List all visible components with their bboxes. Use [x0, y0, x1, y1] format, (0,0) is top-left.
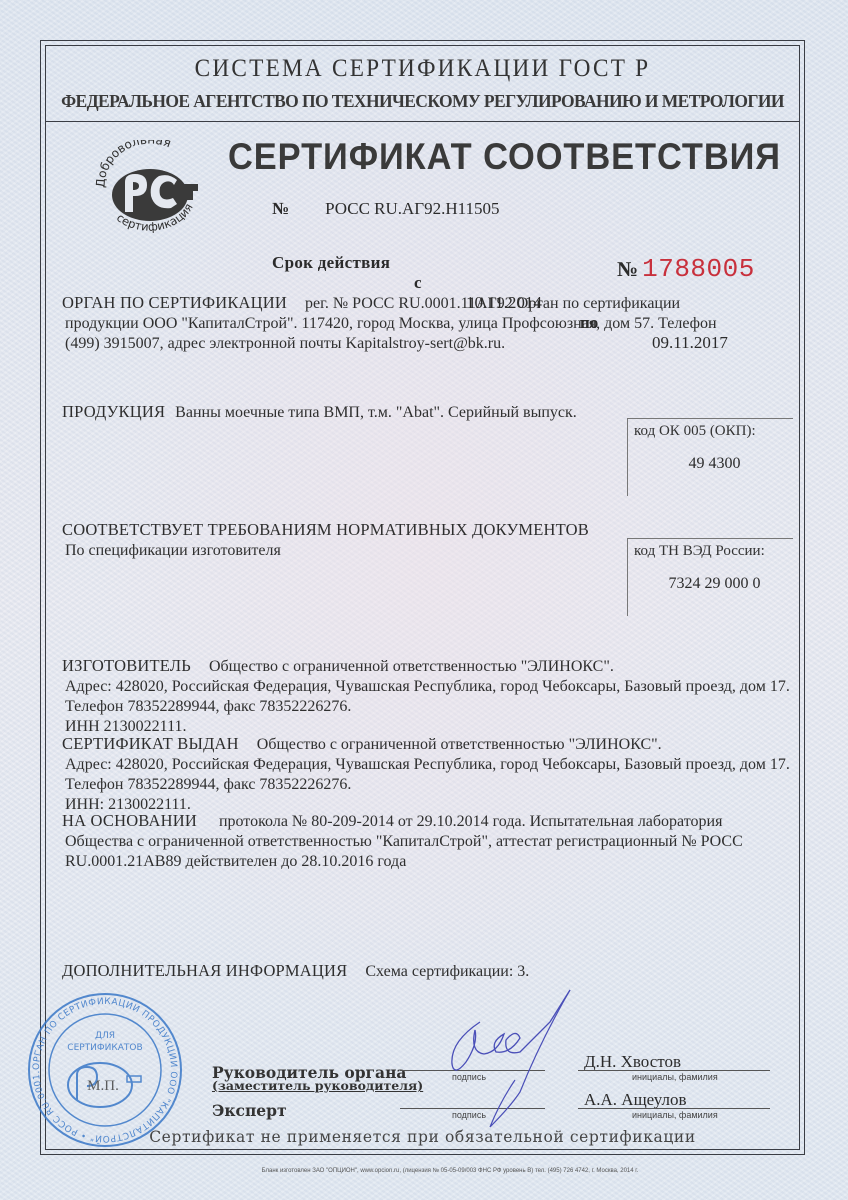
manufacturer-line: Телефон 78352289944, факс 78352226276. — [62, 697, 792, 717]
certificate-title: СЕРТИФИКАТ СООТВЕТСТВИЯ — [228, 136, 781, 178]
head-name-line — [578, 1070, 770, 1071]
organ-line: продукции ООО "КапиталСтрой". 117420, го… — [62, 314, 792, 334]
tnved-code-box: код ТН ВЭД России: 7324 29 000 0 — [627, 538, 793, 616]
okp-code-value: 49 4300 — [628, 455, 793, 473]
svg-text:М.П.: М.П. — [87, 1078, 119, 1094]
expert-label: Эксперт — [212, 1101, 287, 1120]
tnved-code-label: код ТН ВЭД России: — [634, 543, 765, 560]
issued-to-heading: СЕРТИФИКАТ ВЫДАН — [62, 734, 239, 753]
okp-code-box: код ОК 005 (ОКП): 49 4300 — [627, 418, 793, 496]
basis-line: протокола № 80-209-2014 от 29.10.2014 го… — [219, 813, 722, 830]
basis-heading: НА ОСНОВАНИИ — [62, 811, 197, 830]
voluntary-notice: Сертификат не применяется при обязательн… — [45, 1128, 800, 1146]
additional-heading: ДОПОЛНИТЕЛЬНАЯ ИНФОРМАЦИЯ — [62, 961, 347, 980]
section-manufacturer: ИЗГОТОВИТЕЛЬ Общество с ограниченной отв… — [62, 656, 792, 737]
expert-name: А.А. Ащеулов — [584, 1090, 687, 1110]
system-title: СИСТЕМА СЕРТИФИКАЦИИ ГОСТ Р — [71, 55, 773, 83]
svg-text:ДЛЯ: ДЛЯ — [95, 1031, 115, 1041]
header-divider — [45, 121, 800, 122]
manufacturer-line: Адрес: 428020, Российская Федерация, Чув… — [62, 677, 792, 697]
number-value: РОСС RU.АГ92.Н11505 — [325, 199, 499, 218]
manufacturer-heading: ИЗГОТОВИТЕЛЬ — [62, 656, 191, 675]
blank-printer-footer: Бланк изготовлен ЗАО "ОПЦИОН", www.opcio… — [150, 1168, 750, 1174]
head-name: Д.Н. Хвостов — [584, 1052, 681, 1072]
section-issued-to: СЕРТИФИКАТ ВЫДАН Общество с ограниченной… — [62, 734, 792, 815]
conformity-heading: СООТВЕТСТВУЕТ ТРЕБОВАНИЯМ НОРМАТИВНЫХ ДО… — [62, 520, 589, 539]
number-label: № — [272, 199, 289, 218]
official-stamp-icon: ОРГАН ПО СЕРТИФИКАЦИИ ПРОДУКЦИИ ООО "КАП… — [25, 990, 185, 1150]
section-additional: ДОПОЛНИТЕЛЬНАЯ ИНФОРМАЦИЯ Схема сертифик… — [62, 961, 792, 982]
product-text: Ванны моечные типа ВМП, т.м. "Abat". Сер… — [175, 404, 577, 421]
svg-text:СЕРТИФИКАТОВ: СЕРТИФИКАТОВ — [67, 1043, 142, 1053]
additional-text: Схема сертификации: 3. — [365, 963, 529, 980]
rst-certification-mark-icon: Добровольная сертификация — [95, 140, 205, 240]
organ-line: (499) 3915007, адрес электронной почты K… — [62, 334, 792, 354]
head-name-caption: инициалы, фамилия — [632, 1072, 718, 1082]
handwritten-signature-icon — [420, 982, 580, 1132]
from-label: с — [414, 273, 422, 293]
basis-line: RU.0001.21АВ89 действителен до 28.10.201… — [62, 852, 792, 872]
certificate-number: №РОСС RU.АГ92.Н11505 — [272, 199, 500, 219]
validity-label: Срок действия — [272, 253, 390, 273]
manufacturer-line: Общество с ограниченной ответственностью… — [209, 658, 614, 675]
issued-to-line: Телефон 78352289944, факс 78352226276. — [62, 775, 792, 795]
serial-value: 1788005 — [642, 254, 755, 284]
issued-to-line: Общество с ограниченной ответственностью… — [257, 736, 662, 753]
issued-to-line: Адрес: 428020, Российская Федерация, Чув… — [62, 755, 792, 775]
organ-heading: ОРГАН ПО СЕРТИФИКАЦИИ — [62, 293, 287, 312]
expert-name-line — [578, 1108, 770, 1109]
tnved-code-value: 7324 29 000 0 — [628, 575, 793, 593]
basis-line: Общества с ограниченной ответственностью… — [62, 832, 792, 852]
agency-title: ФЕДЕРАЛЬНОЕ АГЕНТСТВО ПО ТЕХНИЧЕСКОМУ РЕ… — [45, 91, 800, 112]
product-heading: ПРОДУКЦИЯ — [62, 402, 165, 421]
section-organ: ОРГАН ПО СЕРТИФИКАЦИИ рег. № РОСС RU.000… — [62, 293, 792, 354]
blank-serial-number: №1788005 — [617, 254, 755, 284]
organ-line: рег. № РОСС RU.0001.11АГ92 Орган по серт… — [305, 295, 680, 312]
expert-name-caption: инициалы, фамилия — [632, 1110, 718, 1120]
head-sub-label: (заместитель руководителя) — [212, 1078, 423, 1093]
section-basis: НА ОСНОВАНИИ протокола № 80-209-2014 от … — [62, 811, 792, 872]
serial-label: № — [617, 257, 638, 281]
okp-code-label: код ОК 005 (ОКП): — [634, 423, 756, 440]
